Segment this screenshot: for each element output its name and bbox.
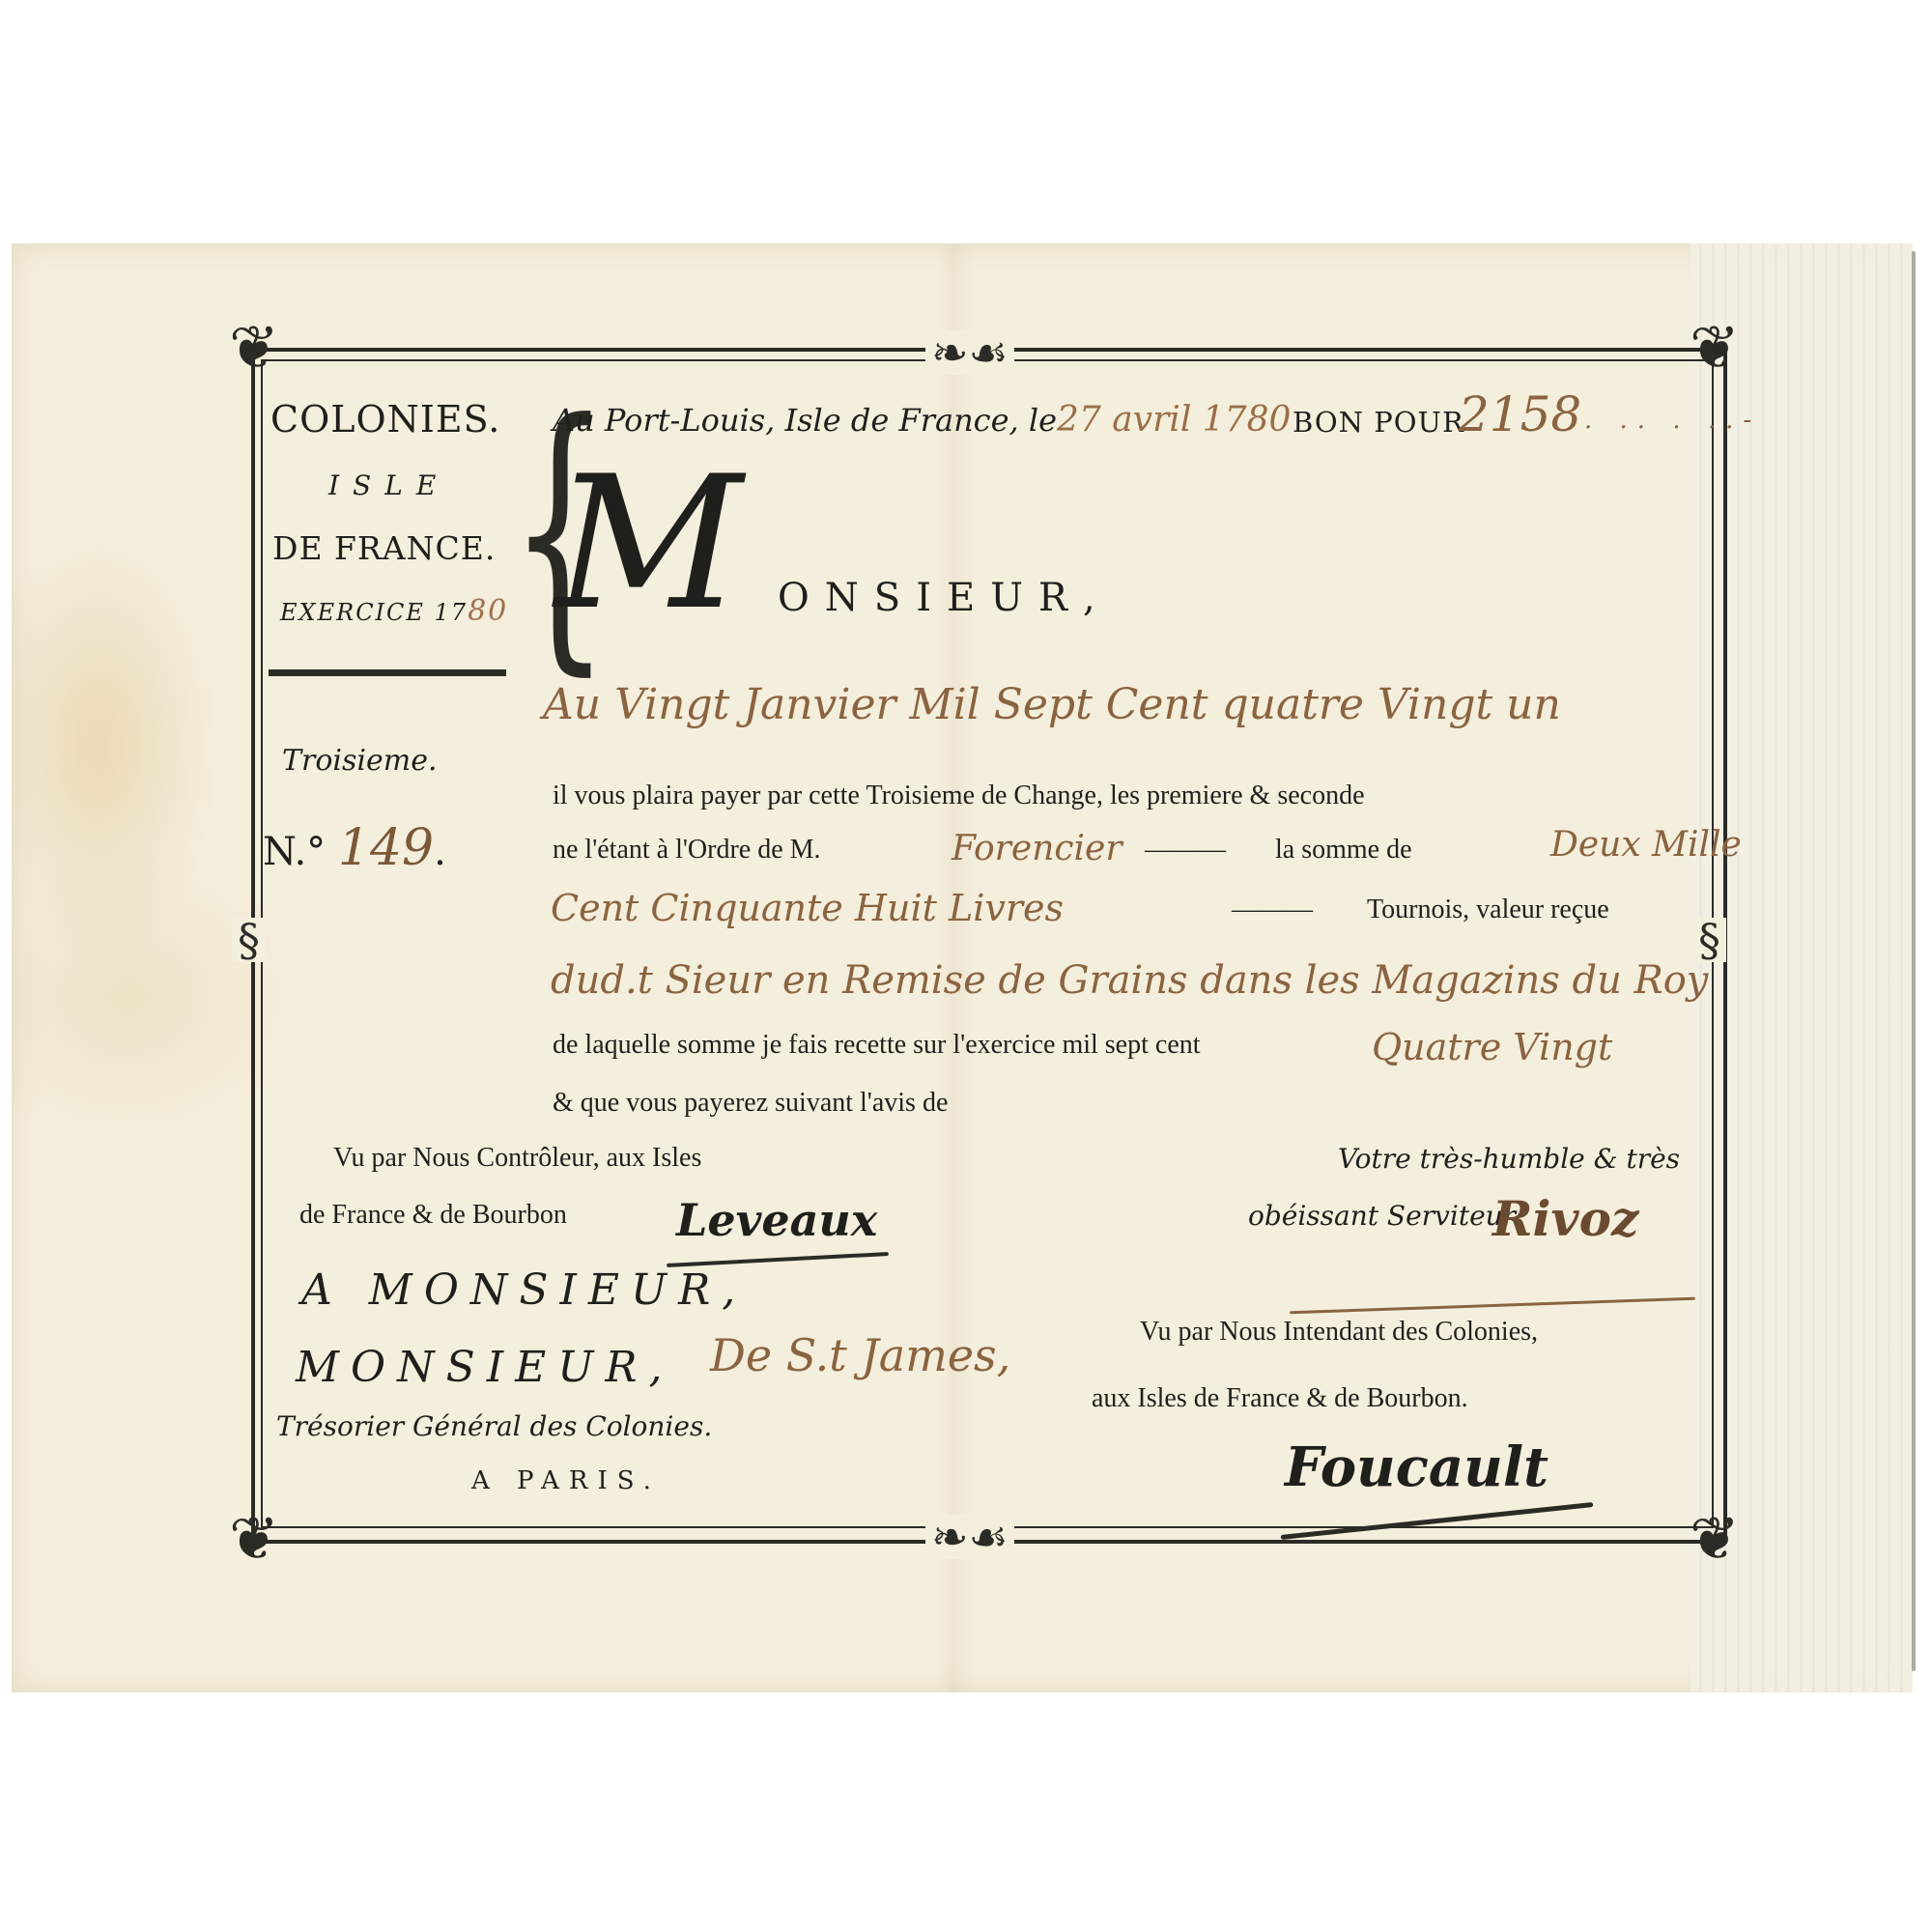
salutation-initial: M (554, 452, 743, 636)
closing-line-1: Votre très-humble & très (1338, 1143, 1680, 1175)
body-line-advice: & que vous payerez suivant l'avis de (553, 1088, 948, 1119)
header-de-france: DE FRANCE. (272, 529, 496, 567)
intendant-line-1: Vu par Nous Intendant des Colonies, (1140, 1317, 1538, 1348)
side-scroll-icon: § (1692, 918, 1726, 962)
place-printed: Au Port-Louis, Isle de France, le (553, 402, 1057, 439)
header-rule (269, 669, 506, 676)
body-line-exercice: de laquelle somme je fais recette sur l'… (553, 1030, 1201, 1061)
drawer-signature: Rivoz (1492, 1190, 1638, 1247)
date-handwritten: 27 avril 1780 (1057, 400, 1291, 440)
handwritten-due-date: Au Vingt Janvier Mil Sept Cent quatre Vi… (543, 680, 1561, 729)
number-prefix: N.° (263, 830, 326, 874)
header-colonies: COLONIES. (270, 398, 500, 440)
addressee-line-2: MONSIEUR, (296, 1343, 673, 1392)
controller-line-1: Vu par Nous Contrôleur, aux Isles (333, 1143, 701, 1174)
corner-scroll-icon: ❦ (1681, 1505, 1748, 1573)
intendant-line-2: aux Isles de France & de Bourbon. (1092, 1383, 1468, 1414)
addressee-city: A PARIS. (471, 1466, 661, 1495)
filler-dash: ——— (1145, 835, 1226, 866)
center-scroll-icon: ❧☙ (925, 330, 1014, 375)
intendant-signature: Foucault (1285, 1435, 1548, 1499)
header-exercice: EXERCICE 1780 (280, 594, 508, 628)
corner-scroll-icon: ❦ (1681, 314, 1748, 382)
handwritten-value-received: dud.t Sieur en Remise de Grains dans les… (551, 958, 1708, 1003)
corner-scroll-icon: ❦ (220, 1505, 288, 1573)
amount-handwritten: 2158 (1459, 386, 1581, 442)
controller-signature: Leveaux (676, 1194, 877, 1246)
body-line-pay: il vous plaira payer par cette Troisieme… (553, 781, 1365, 811)
exercice-printed: EXERCICE 17 (280, 599, 468, 626)
amount-filler: . .. . ..- (1584, 406, 1761, 435)
filler-dash: ——— (1232, 895, 1313, 925)
bon-pour-label: BON POUR (1293, 406, 1464, 439)
number-suffix: . (434, 830, 446, 874)
header-isle: ISLE (328, 469, 449, 501)
copy-label: Troisieme. (282, 744, 438, 778)
side-scroll-icon: § (232, 918, 266, 962)
body-line-order: ne l'étant à l'Ordre de M. (553, 835, 821, 866)
amount-words-2: Cent Cinquante Huit Livres (551, 887, 1064, 929)
salutation-rest: ONSIEUR, (778, 576, 1111, 620)
bill-number: N.° 149. (263, 819, 446, 877)
payee-handwritten: Forencier (952, 829, 1122, 868)
year-handwritten: Quatre Vingt (1372, 1026, 1612, 1068)
corner-scroll-icon: ❦ (220, 314, 288, 382)
tournois-label: Tournois, valeur reçue (1367, 895, 1609, 925)
place-date-line: Au Port-Louis, Isle de France, le27 avri… (553, 400, 1291, 440)
somme-label: la somme de (1275, 835, 1412, 866)
addressee-line-1: A MONSIEUR, (301, 1265, 747, 1315)
closing-line-2: obéissant Serviteur. (1248, 1200, 1521, 1232)
controller-line-2: de France & de Bourbon (299, 1200, 567, 1231)
addressee-title: Trésorier Général des Colonies. (276, 1410, 712, 1442)
number-handwritten: 149 (338, 819, 434, 877)
addressee-name-handwritten: De S.t James, (710, 1329, 1010, 1381)
exercice-year-hand: 80 (468, 594, 508, 628)
paper-edge-shadow (1912, 251, 1916, 1671)
center-scroll-icon: ❧☙ (925, 1515, 1014, 1559)
amount-words-1: Deux Mille (1550, 825, 1742, 865)
